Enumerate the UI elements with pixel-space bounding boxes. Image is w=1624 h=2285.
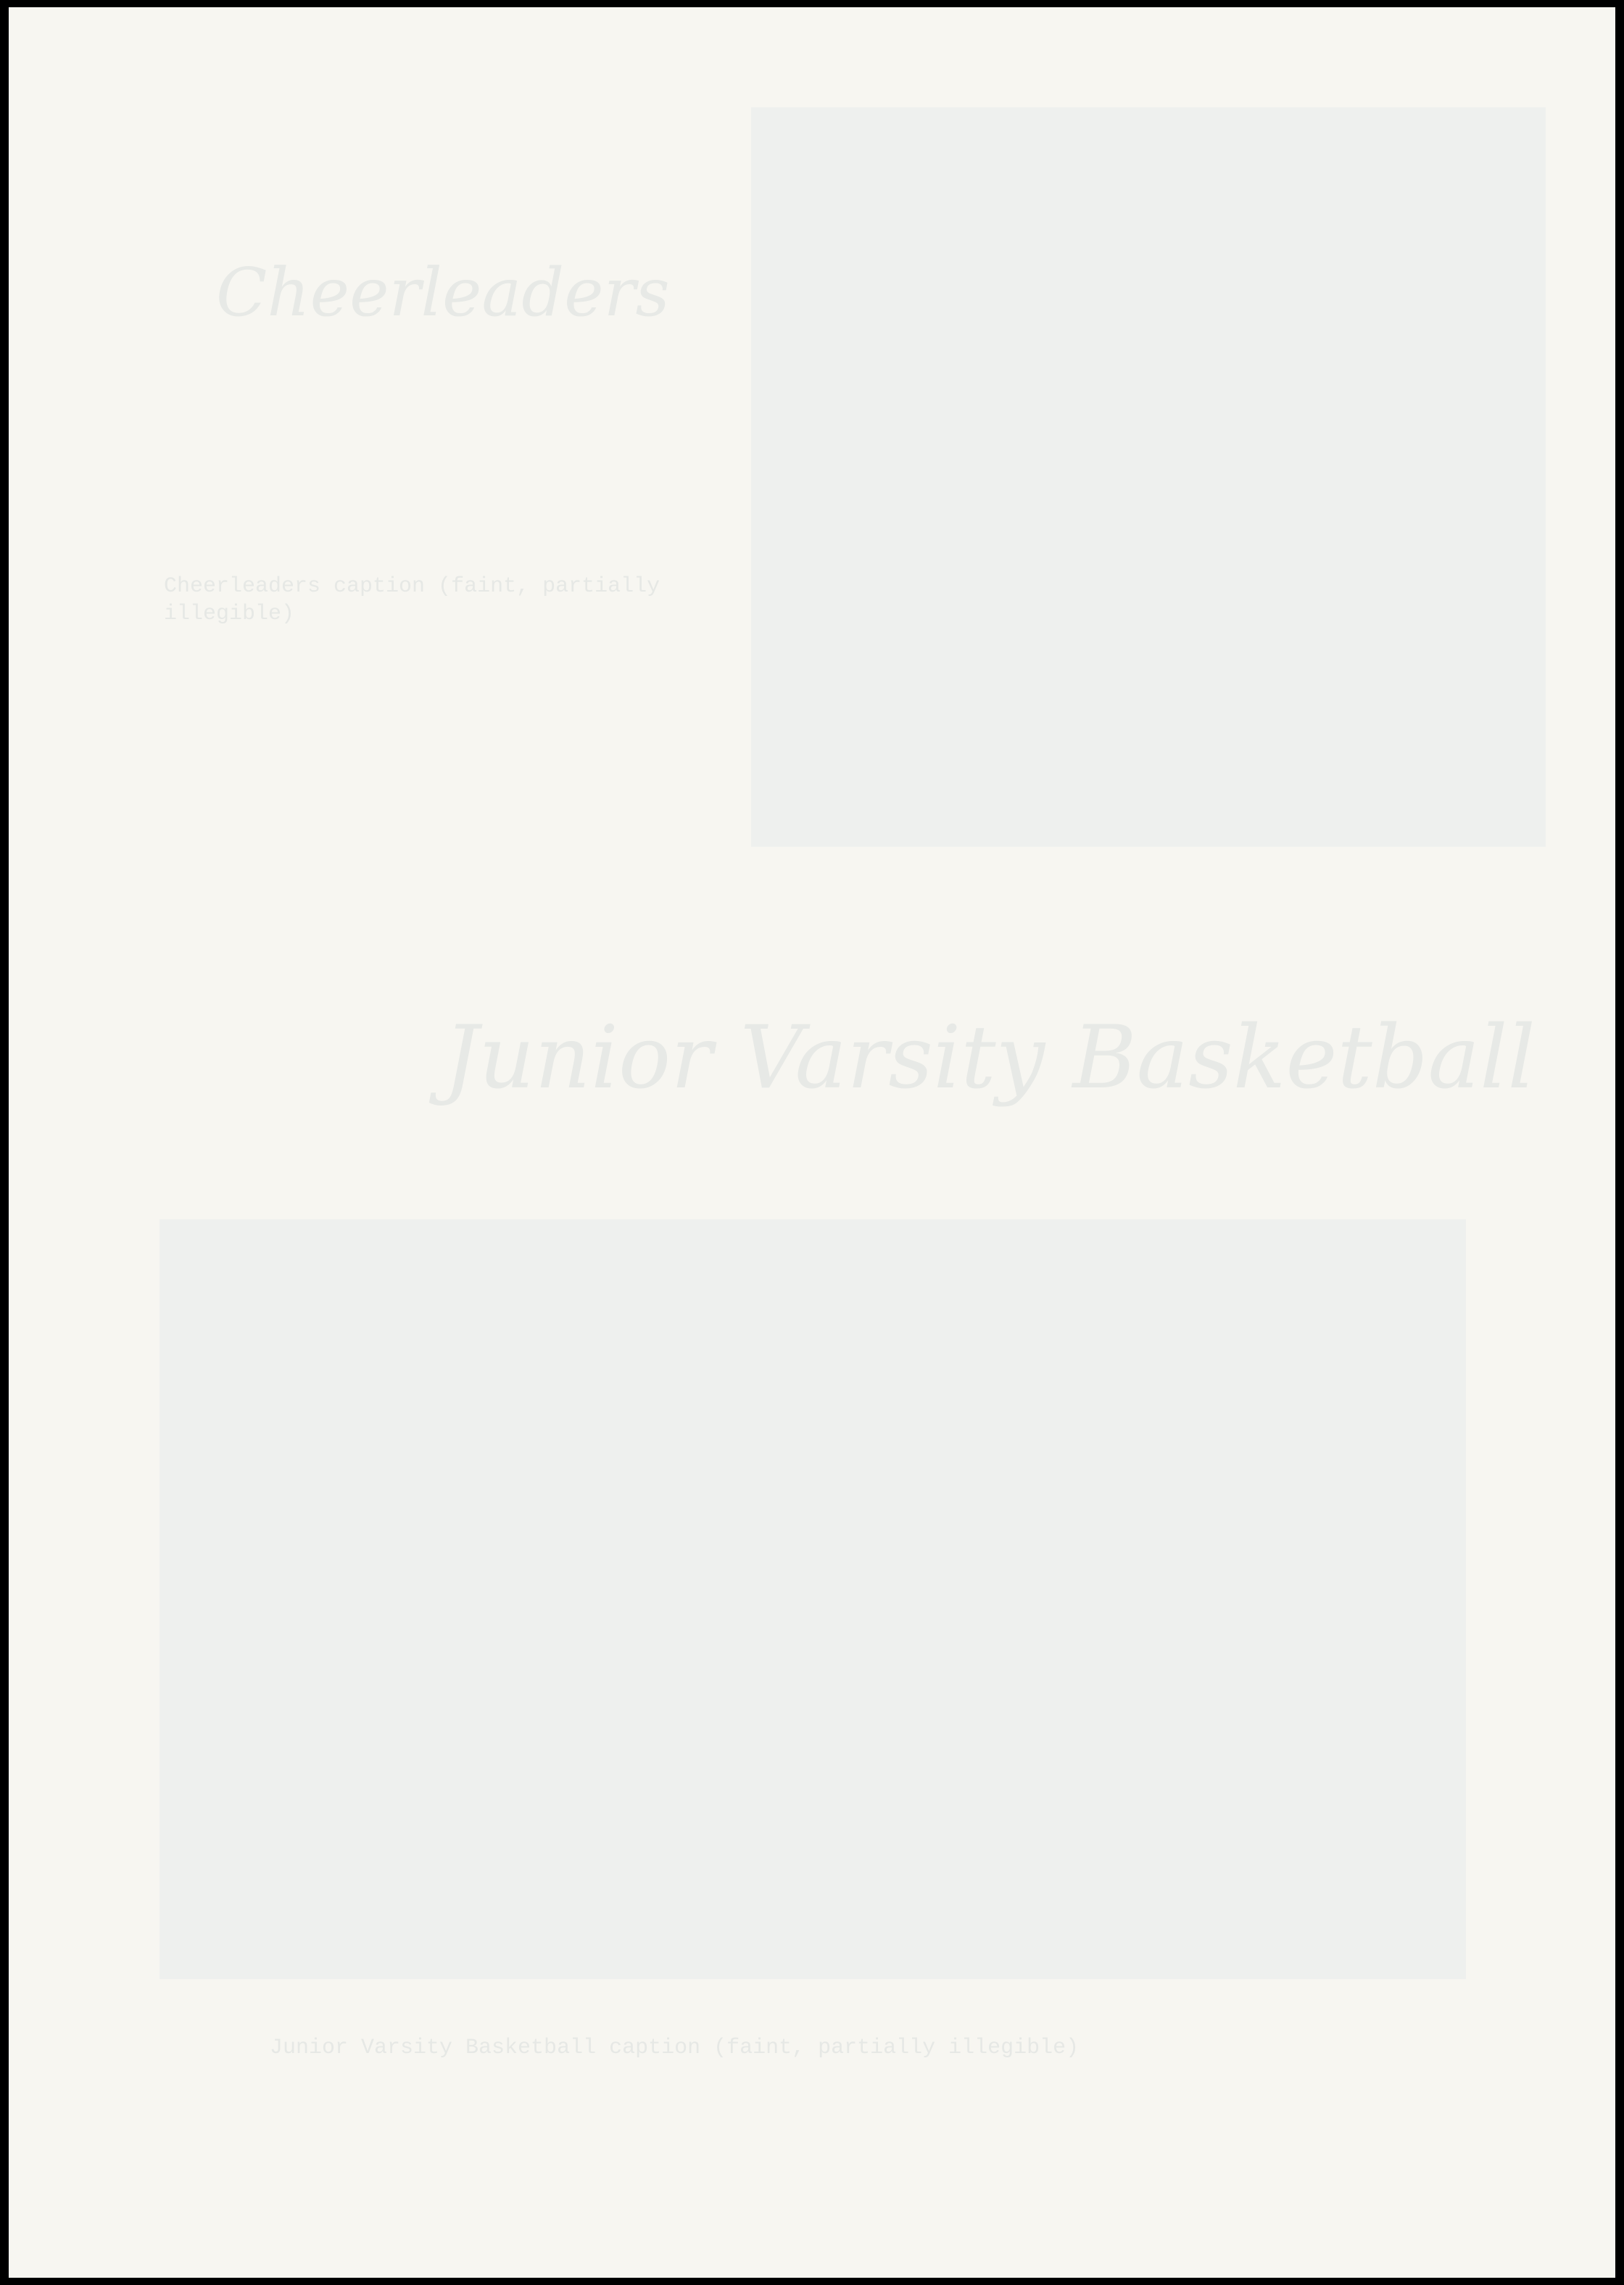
cheerleaders-heading: Cheerleaders: [216, 254, 670, 331]
jv-basketball-caption: Junior Varsity Basketball caption (faint…: [270, 2034, 1502, 2062]
cheerleaders-photo: [751, 107, 1546, 847]
cheerleaders-caption: Cheerleaders caption (faint, partially i…: [164, 573, 671, 628]
jv-basketball-heading: Junior Varsity Basketball: [444, 1008, 1536, 1108]
yearbook-page: Cheerleaders Cheerleaders caption (faint…: [9, 7, 1615, 2278]
jv-basketball-photo: [159, 1219, 1466, 1979]
